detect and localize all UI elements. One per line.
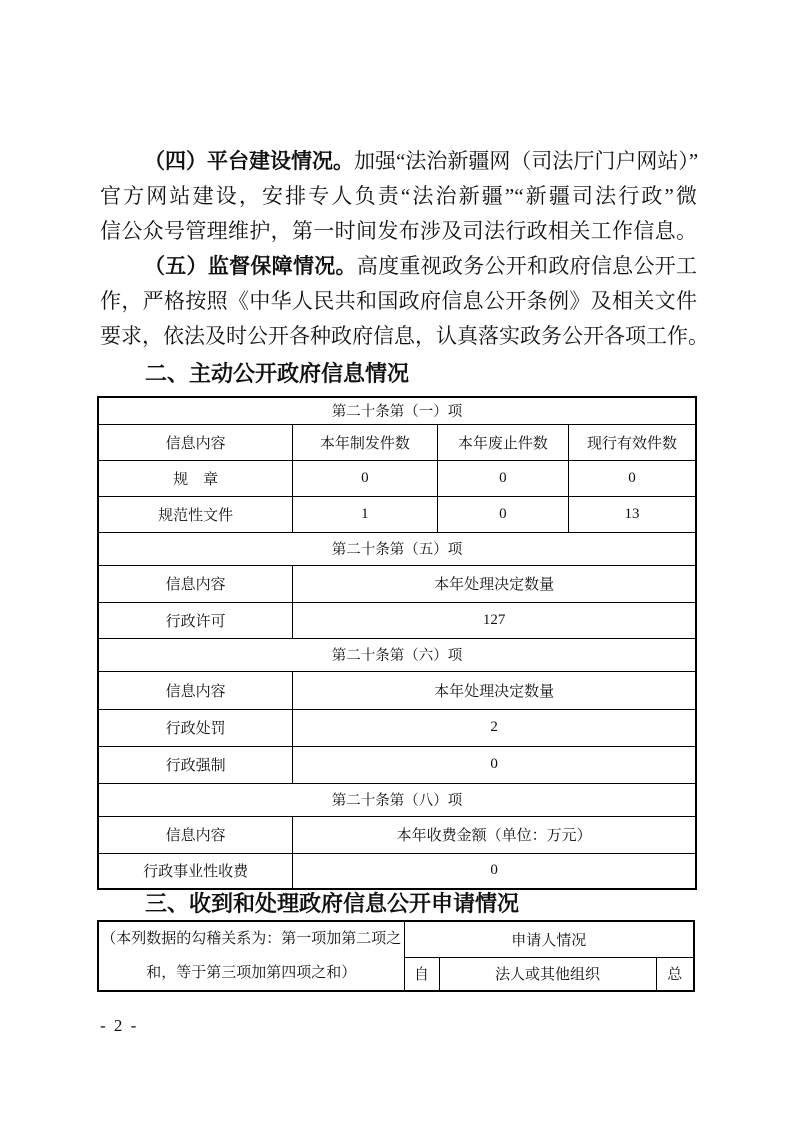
column-header-cell: 信息内容 [98, 565, 293, 602]
paragraph-5-rest: 高度重视政务公开和政府信息公开工 [357, 254, 697, 278]
column-header-cell: 信息内容 [98, 424, 293, 460]
reconciliation-note-line-1: （本列数据的勾稽关系为：第一项加第二项之 [99, 922, 404, 956]
legal-entity-column-cell: 法人或其他组织 [439, 957, 656, 991]
document-page: （四）平台建设情况。加强“法治新疆网（司法厅门户网站）” 官方网站建设，安排专人… [0, 0, 793, 1122]
column-header-cell: 本年处理决定数量 [293, 565, 696, 602]
value-cell: 2 [293, 709, 696, 746]
paragraph-4-lead: （四）平台建设情况。 [144, 149, 354, 173]
article20-item6-header-cell: 第二十条第（六）项 [98, 638, 696, 671]
article20-item5-header-cell: 第二十条第（五）项 [98, 532, 696, 565]
value-cell: 1 [293, 496, 437, 532]
value-cell: 13 [569, 496, 696, 532]
applicant-header-cell: 申请人情况 [404, 921, 694, 957]
value-cell: 0 [437, 460, 568, 496]
column-header-cell: 本年制发件数 [293, 424, 437, 460]
value-cell: 127 [293, 602, 696, 638]
article20-item8-header-cell: 第二十条第（八）项 [98, 783, 696, 816]
column-header-cell: 本年处理决定数量 [293, 671, 696, 709]
paragraph-5-line-2: 作，严格按照《中华人民共和国政府信息公开条例》及相关文件 [100, 284, 697, 319]
body-text: （四）平台建设情况。加强“法治新疆网（司法厅门户网站）” 官方网站建设，安排专人… [100, 144, 697, 354]
paragraph-4-line-3: 信公众号管理维护，第一时间发布涉及司法行政相关工作信息。 [100, 214, 697, 249]
paragraph-4-rest: 加强“法治新疆网（司法厅门户网站）” [354, 149, 698, 173]
total-column-cell: 总 [656, 957, 694, 991]
row-label-cell: 规 章 [98, 460, 293, 496]
section-3-title: 三、收到和处理政府信息公开申请情况 [145, 891, 519, 917]
article20-item1-header-cell: 第二十条第（一）项 [98, 397, 696, 424]
reconciliation-note-line-2: 和，等于第三项加第四项之和） [99, 956, 404, 990]
paragraph-4-line-1: （四）平台建设情况。加强“法治新疆网（司法厅门户网站）” [100, 144, 697, 179]
value-cell: 0 [293, 746, 696, 783]
paragraph-5-line-1: （五）监督保障情况。高度重视政务公开和政府信息公开工 [100, 249, 697, 284]
row-label-cell: 规范性文件 [98, 496, 293, 532]
reconciliation-note-cell: （本列数据的勾稽关系为：第一项加第二项之 和，等于第三项加第四项之和） [98, 921, 404, 991]
column-header-cell: 现行有效件数 [569, 424, 696, 460]
column-header-cell: 信息内容 [98, 816, 293, 853]
value-cell: 0 [293, 460, 437, 496]
proactive-disclosure-table: 第二十条第（一）项 信息内容 本年制发件数 本年废止件数 现行有效件数 规 章 … [97, 396, 697, 890]
value-cell: 0 [437, 496, 568, 532]
value-cell: 0 [569, 460, 696, 496]
row-label-cell: 行政处罚 [98, 709, 293, 746]
column-header-cell: 本年收费金额（单位：万元） [293, 816, 696, 853]
column-header-cell: 本年废止件数 [437, 424, 568, 460]
applications-table: （本列数据的勾稽关系为：第一项加第二项之 和，等于第三项加第四项之和） 申请人情… [97, 920, 695, 992]
column-header-cell: 信息内容 [98, 671, 293, 709]
row-label-cell: 行政强制 [98, 746, 293, 783]
section-2-title: 二、主动公开政府信息情况 [145, 361, 409, 387]
natural-person-column-cell: 自 [404, 957, 439, 991]
paragraph-5-line-3: 要求，依法及时公开各种政府信息，认真落实政务公开各项工作。 [100, 319, 697, 354]
row-label-cell: 行政事业性收费 [98, 853, 293, 889]
paragraph-4-line-2: 官方网站建设，安排专人负责“法治新疆”“新疆司法行政”微 [100, 179, 697, 214]
page-number: - 2 - [100, 1016, 138, 1036]
row-label-cell: 行政许可 [98, 602, 293, 638]
value-cell: 0 [293, 853, 696, 889]
paragraph-5-lead: （五）监督保障情况。 [144, 254, 357, 278]
